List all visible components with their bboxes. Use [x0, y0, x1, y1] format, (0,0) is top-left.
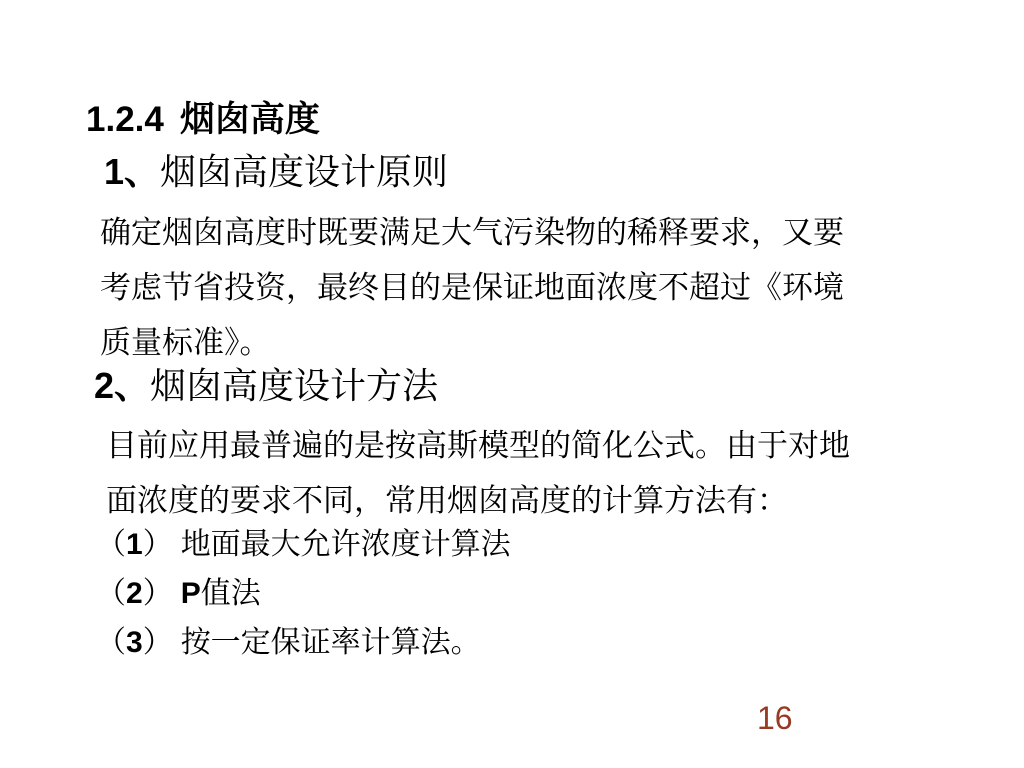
- method-3-paren-close: ）: [143, 626, 173, 659]
- section1-body-line: 考虑节省投资，最终目的是保证地面浓度不超过《环境: [100, 260, 844, 315]
- method-item-2: （2）P值法: [96, 569, 511, 618]
- method-3-number: 3: [126, 626, 143, 659]
- method-2-text: 值法: [201, 577, 261, 610]
- method-1-paren-close: ）: [143, 528, 173, 561]
- method-list: （1）地面最大允许浓度计算法 （2）P值法 （3）按一定保证率计算法。: [96, 520, 511, 667]
- section2-body-line: 目前应用最普遍的是按高斯模型的简化公式。由于对地: [106, 418, 850, 473]
- slide-title-text: 烟囱高度: [180, 100, 320, 139]
- method-2-paren-close: ）: [143, 577, 173, 610]
- method-2-number: 2: [126, 577, 143, 610]
- method-3-paren-open: （: [96, 626, 126, 659]
- presentation-slide: 1.2.4烟囱高度 1、烟囱高度设计原则 确定烟囱高度时既要满足大气污染物的稀释…: [0, 0, 1024, 768]
- section2-heading: 2、烟囱高度设计方法: [94, 358, 438, 409]
- section1-heading: 1、烟囱高度设计原则: [104, 144, 448, 195]
- section2-heading-number: 2、: [94, 365, 150, 406]
- section1-body: 确定烟囱高度时既要满足大气污染物的稀释要求，又要 考虑节省投资，最终目的是保证地…: [100, 205, 844, 370]
- section2-body: 目前应用最普遍的是按高斯模型的简化公式。由于对地 面浓度的要求不同，常用烟囱高度…: [106, 418, 850, 528]
- section1-heading-text: 烟囱高度设计原则: [160, 152, 448, 192]
- method-1-paren-open: （: [96, 528, 126, 561]
- section2-heading-text: 烟囱高度设计方法: [150, 366, 438, 406]
- section1-heading-number: 1、: [104, 151, 160, 192]
- method-1-text: 地面最大允许浓度计算法: [181, 528, 511, 561]
- method-2-latin: P: [181, 577, 201, 610]
- page-number: 16: [757, 700, 793, 737]
- method-2-paren-open: （: [96, 577, 126, 610]
- method-item-1: （1）地面最大允许浓度计算法: [96, 520, 511, 569]
- method-item-3: （3）按一定保证率计算法。: [96, 618, 511, 667]
- method-1-number: 1: [126, 528, 143, 561]
- slide-title-number: 1.2.4: [86, 100, 164, 139]
- method-3-text: 按一定保证率计算法。: [181, 626, 481, 659]
- section1-body-line: 确定烟囱高度时既要满足大气污染物的稀释要求，又要: [100, 205, 844, 260]
- slide-title: 1.2.4烟囱高度: [86, 92, 320, 142]
